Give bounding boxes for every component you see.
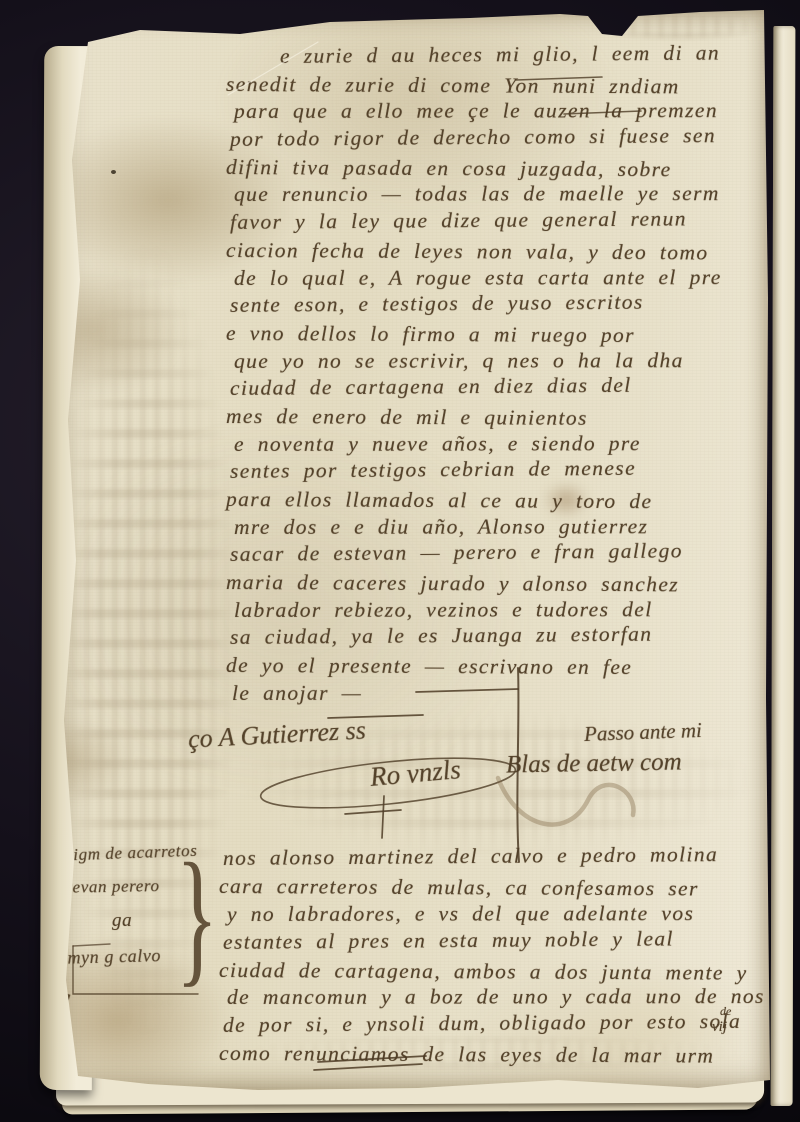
notary-signature: Blas de aetw com: [506, 748, 682, 779]
bleedthrough-top: [588, 12, 768, 42]
manuscript-line: estantes al pres en esta muy noble y lea…: [223, 925, 768, 957]
manuscript-line: le anojar —: [232, 680, 770, 709]
manuscript-line: favor y la ley que dize que general renu…: [230, 206, 770, 238]
manuscript-line: sacar de estevan — perero e fran gallego: [230, 538, 770, 570]
adjacent-leaf-edge: [771, 26, 796, 1106]
manuscript-page: e zurie d au heces mi glio, l eem di an …: [48, 8, 770, 1094]
side-folio-mark: de vij: [712, 1004, 731, 1036]
manuscript-line: como renunciamos de las eyes de la mar u…: [219, 1041, 768, 1072]
manuscript-line: de yo el presente — escrivano en fee: [226, 653, 770, 684]
main-text-block: e zurie d au heces mi glio, l eem di an …: [230, 44, 770, 709]
manuscript-line: ciudad de cartagena en diez dias del: [230, 372, 770, 404]
manuscript-line: y no labradores, e vs del que adelante v…: [227, 901, 768, 930]
ink-speck: [111, 170, 116, 174]
side-mark-bottom: vij: [712, 1019, 731, 1036]
manuscript-line: cara carreteros de mulas, ca confesamos …: [219, 874, 768, 905]
notary-attestation: Passo ante mi: [584, 718, 703, 747]
manuscript-line: sa ciudad, ya le es Juanga zu estorfan: [230, 621, 770, 653]
manuscript-line: e vno dellos lo firmo a mi ruego por: [226, 321, 770, 352]
side-mark-top: de: [720, 1004, 731, 1019]
signature-gutierrez: ço A Gutierrez ss: [187, 715, 366, 754]
manuscript-line: maria de caceres jurado y alonso sanchez: [226, 570, 770, 601]
manuscript-photo: { "manuscript": { "body_lines": [ "e zur…: [0, 0, 800, 1122]
manuscript-line: sente eson, e testigos de yuso escritos: [230, 289, 770, 321]
manuscript-line: e zurie d au heces mi glio, l eem di an: [280, 40, 770, 72]
margin-brace: }: [176, 830, 218, 1004]
manuscript-line: nos alonso martinez del calvo e pedro mo…: [223, 842, 768, 874]
manuscript-line: sentes por testigos cebrian de menese: [230, 455, 770, 487]
manuscript-line: de por si, e ynsoli dum, obligado por es…: [223, 1009, 768, 1041]
manuscript-line: ciacion fecha de leyes non vala, y deo t…: [226, 238, 770, 269]
manuscript-line: por todo rigor de derecho como si fuese …: [230, 123, 770, 155]
manuscript-line: para ellos llamados al ce au y toro de: [226, 487, 770, 518]
second-entry-block: nos alonso martinez del calvo e pedro mo…: [223, 846, 768, 1069]
signature-rubric: Ro vnzls: [369, 754, 462, 793]
manuscript-line: mes de enero de mil e quinientos: [226, 404, 770, 435]
